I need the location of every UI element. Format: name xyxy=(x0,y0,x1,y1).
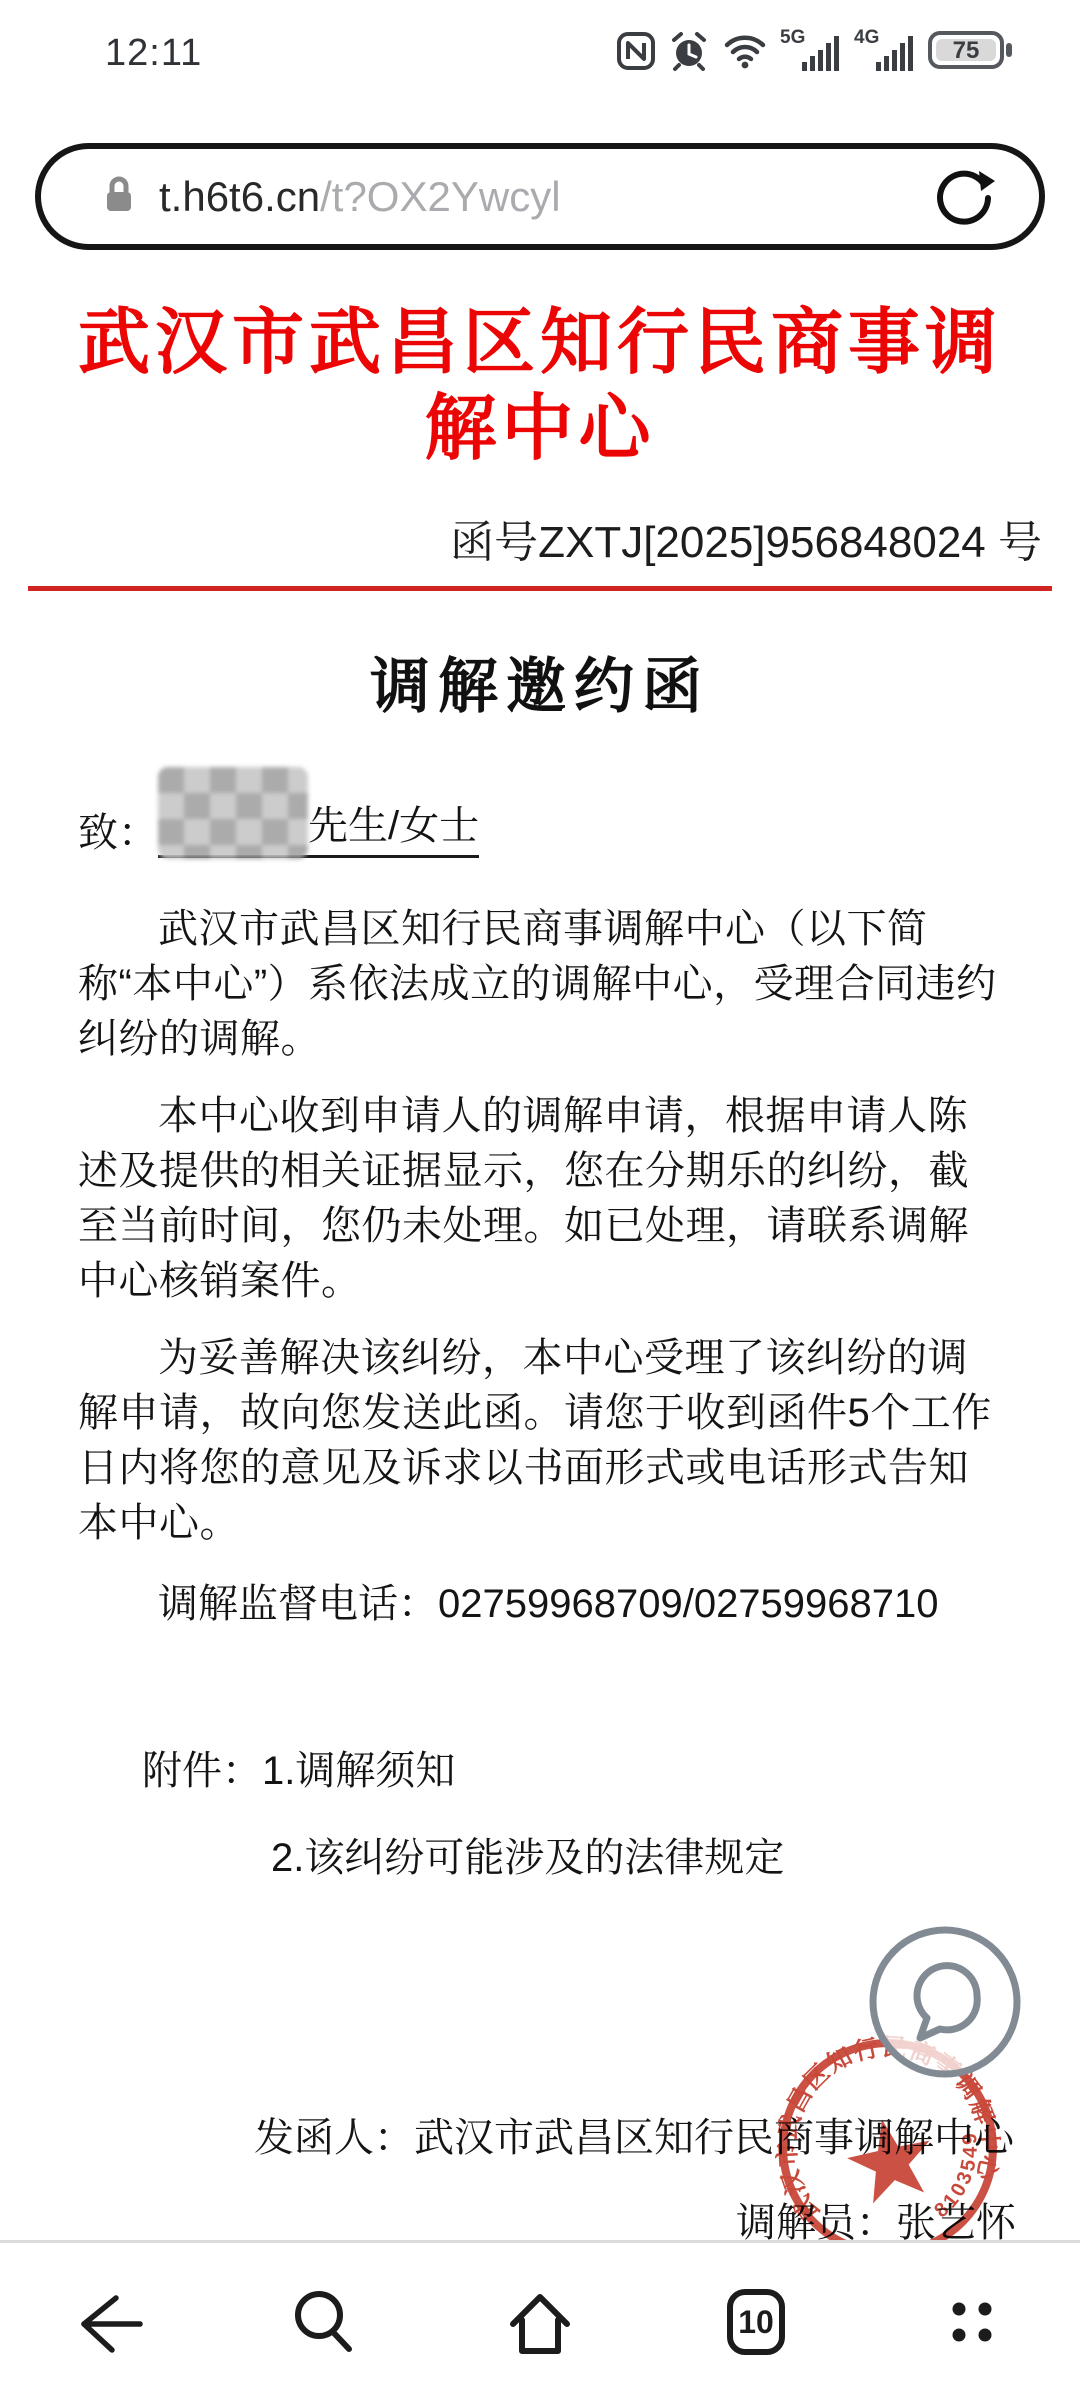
recipient-underlined: 先生/女士 xyxy=(158,767,479,858)
letter-ref-number: 函号ZXTJ[2025]956848024 号 xyxy=(0,506,1080,570)
lock-icon xyxy=(101,170,137,223)
paragraph-3: 为妥善解决该纠纷，本中心受理了该纠纷的调解申请，故向您发送此函。请您于收到函件5… xyxy=(78,1331,1002,1551)
search-icon xyxy=(287,2285,361,2359)
org-title: 武汉市武昌区知行民商事调解中心 xyxy=(0,300,1080,472)
battery-icon: 75 xyxy=(928,28,1014,72)
paragraph-1: 武汉市武昌区知行民商事调解中心（以下简称“本中心”）系依法成立的调解中心，受理合… xyxy=(78,902,1002,1067)
url-domain: t.h6t6.cn xyxy=(159,173,320,220)
signal-4g-label: 4G xyxy=(854,27,879,48)
attachment-line-2: 2.该纠纷可能涉及的法律规定 xyxy=(78,1831,1002,1886)
url-path: /t?OX2Ywcyl xyxy=(320,173,560,220)
recipient-prefix: 致： xyxy=(78,801,158,858)
home-button[interactable] xyxy=(432,2284,648,2360)
refresh-icon[interactable] xyxy=(933,163,995,230)
tabs-icon: 10 xyxy=(723,2283,789,2361)
tabs-button[interactable]: 10 xyxy=(648,2283,864,2361)
signal-5g-label: 5G xyxy=(780,27,805,48)
supervision-phone-line: 调解监督电话：02759968709/02759968710 xyxy=(78,1577,1002,1632)
status-bar: 12:11 xyxy=(0,0,1080,90)
search-button[interactable] xyxy=(216,2285,432,2359)
recipient-line: 致： 先生/女士 xyxy=(78,767,1002,858)
home-icon xyxy=(499,2284,581,2360)
attachment-line-1: 附件：1.调解须知 xyxy=(78,1744,1002,1799)
browser-nav-bar: 10 xyxy=(0,2240,1080,2400)
red-divider xyxy=(28,586,1052,591)
signal-4g-icon: 4G xyxy=(854,26,916,74)
letter-title: 调解邀约函 xyxy=(0,639,1080,725)
sender-line: 发函人：武汉市武昌区知行民商事调解中心 xyxy=(0,2111,1080,2166)
status-icons: 5G 4G xyxy=(616,24,1014,76)
tab-count: 10 xyxy=(738,2304,774,2340)
back-button[interactable] xyxy=(0,2286,216,2358)
phone-screen: 12:11 xyxy=(0,0,1080,2400)
battery-level: 75 xyxy=(953,37,980,64)
nfc-icon xyxy=(616,28,656,72)
url-text[interactable]: t.h6t6.cn/t?OX2Ywcyl xyxy=(159,173,561,221)
signal-5g-icon: 5G xyxy=(780,26,842,74)
chat-fab-button[interactable] xyxy=(865,1922,1025,2082)
menu-dots-icon xyxy=(939,2289,1005,2355)
menu-button[interactable] xyxy=(864,2289,1080,2355)
recipient-suffix: 先生/女士 xyxy=(308,794,479,851)
wifi-icon xyxy=(722,28,768,72)
paragraph-2: 本中心收到申请人的调解申请，根据申请人陈述及提供的相关证据显示，您在分期乐的纠纷… xyxy=(78,1089,1002,1309)
redacted-name xyxy=(158,767,308,859)
url-bar[interactable]: t.h6t6.cn/t?OX2Ywcyl xyxy=(35,143,1045,250)
back-icon xyxy=(68,2286,148,2358)
alarm-icon xyxy=(668,28,710,72)
letter-body: 武汉市武昌区知行民商事调解中心（以下简称“本中心”）系依法成立的调解中心，受理合… xyxy=(78,902,1002,1551)
status-time: 12:11 xyxy=(105,32,202,75)
